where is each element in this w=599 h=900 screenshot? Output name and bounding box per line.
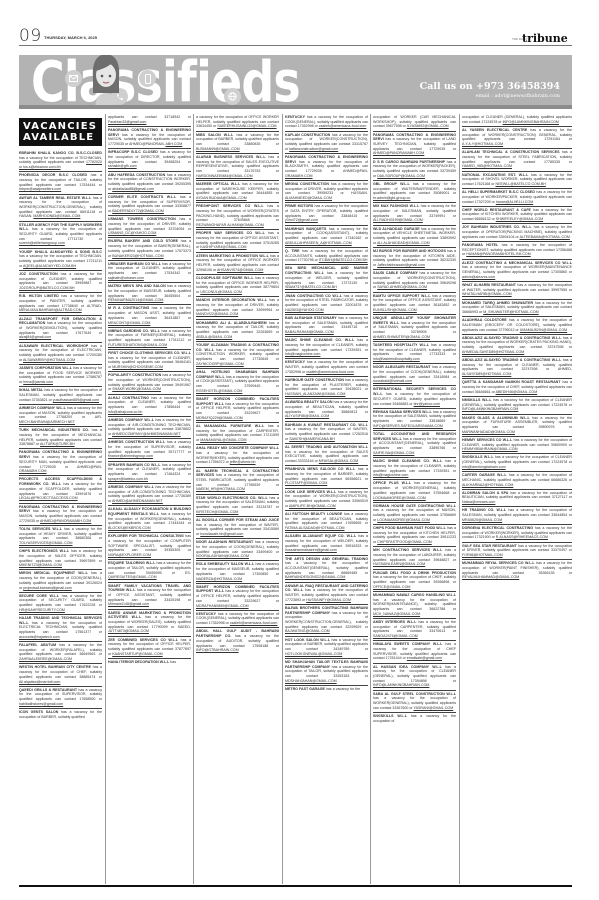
classified-ad: PRABHUVA MENS SALOON CO W.L.L has a vaca…	[285, 466, 368, 488]
classified-ad: AL SEERIT TRADING AND AUTOMATION W.L.L h…	[285, 444, 368, 466]
ad-company-name: Al Boosla Corner for Steam and Juice	[196, 518, 279, 522]
ad-contact-link[interactable]: BAJWATING@GMAIL.COM	[285, 629, 330, 633]
ad-contact-link[interactable]: sajlnath@urbaser.com	[108, 276, 144, 280]
ad-contact-link[interactable]: hr.admin@gbl-group.co	[373, 196, 410, 200]
ad-company-name: HEMMY SERVICES CO W.L.L	[462, 438, 512, 442]
ad-contact-link[interactable]: MARHOON83@GMAIL.COM	[33, 214, 80, 218]
classified-ad: Nibras Gardens Co. W.L.L has a vacancy f…	[108, 328, 191, 350]
ad-contact-link[interactable]: Farahtan33@gmail.com	[108, 120, 146, 124]
ad-contact-link[interactable]: info@tashteedhospitality.com	[373, 357, 420, 361]
ad-contact-link[interactable]: HR@SAHRSECURITY.COM	[19, 608, 65, 612]
ad-contact-link[interactable]: MURSHIN@CHOOSEME.COM	[112, 365, 163, 369]
advertising-email[interactable]: email : advt@newsofbahrain.com	[476, 93, 560, 99]
ad-company-name: MIBS SALON W.L.L	[196, 133, 233, 137]
ad-company-name: FRESHPOINT SERVICES CO W.L.L	[196, 204, 264, 208]
ad-contact-link[interactable]: ALMAHMEED@GMAIL.COM	[285, 196, 332, 200]
ad-contact-link[interactable]: Ali.alqattan@marriott.com	[19, 680, 60, 684]
ad-contact-link[interactable]: Jaffechsbhussain@gmail.com	[377, 263, 425, 267]
classified-ad: NOOR ALADHAIN RESTAURANT has a vacancy f…	[196, 539, 279, 561]
ad-company-name: DORGENA ELECTRICAL CONTRACTING	[462, 526, 533, 530]
classified-ad: ALHAJ CONTRACTING has a vacancy for the …	[108, 395, 191, 417]
ad-contact-link[interactable]: ZAYNICOGRP@GMAIL.COM	[196, 362, 244, 366]
ad-contact-link[interactable]: ALITURK@TURK.BH	[40, 442, 75, 446]
ad-contact-link[interactable]: HUMAN@PANORAMAHOTEL.BH.COM	[466, 252, 530, 256]
ad-contact-link[interactable]: BADERFADLY72@GMAIL.COM	[112, 209, 164, 213]
ad-contact-link[interactable]: INFO@LAMNKINGBAHRAIN.COM	[503, 120, 559, 124]
ad-contact-link[interactable]: JUTT4873@GMAIL.COM	[108, 629, 149, 633]
ad-contact-link[interactable]: OFFICE@GMAIL.COM	[373, 585, 410, 589]
ad-company-name: megna construction	[285, 182, 329, 186]
ad-contact-link[interactable]: LEGAL@PROJECTSACCESS.COM	[19, 496, 78, 500]
classified-ad: Q. TIRE has a vacancy for the occupation…	[285, 248, 368, 266]
ad-company-name: MAGIC SHINE CLEANING CO. W.L.L	[285, 338, 354, 342]
classified-ad: ALADHRAA COLDSTORE has a vacancy for the…	[462, 317, 572, 335]
ad-contact-link[interactable]: FOR86@HOTMAIL.COM	[462, 553, 503, 557]
ad-contact-link[interactable]: ITCBAH@BATELCO.COM.BH	[319, 258, 368, 262]
ad-column-5: occupation of WORKER (CAR MECHANICAL WOR…	[373, 114, 456, 725]
ad-contact-link[interactable]: ORAMABH.COM	[285, 174, 313, 178]
ad-contact-link[interactable]: hrma@jasmis.com	[23, 380, 53, 384]
ad-contact-link[interactable]: BLOCKS@EKBROS.COM	[108, 526, 151, 530]
classified-ad: METRO FAST GARAGE has a vacancy for the	[285, 686, 368, 693]
ad-company-name: INFRACORP B.S.C Closed	[108, 150, 158, 154]
classified-ad: Al Boosla Corner for Steam and Juice has…	[196, 517, 279, 539]
ad-company-name: MIX MAX FASHIONS W.L.L	[373, 204, 419, 208]
ad-contact-link[interactable]: ALIKHARBAZ@HOTMAIL.COM	[462, 483, 513, 487]
classified-ad: MAEREB OPTICAL W.L.L has a vacancy for t…	[196, 181, 279, 203]
ad-contact-link[interactable]: SAYAD.AHMED@GMAIL.COM	[377, 285, 427, 289]
ad-contact-link[interactable]: INFO@LAMNKINGBAHRAIN.COM	[462, 407, 518, 411]
ad-contact-link[interactable]: Mirmant4148@gmail.com	[108, 602, 149, 606]
classified-ad: SABA AL GULF STEEL CONSTRUCTION W.L.L ha…	[373, 691, 456, 713]
ad-company-name: SECURE CORE W.L.L	[19, 594, 59, 598]
ad-company-name: CORNER ELITE CONTRACTS W.L.L	[108, 195, 176, 199]
ad-contact-link[interactable]: MARWANHADAD@GMAIL.COM	[462, 430, 515, 434]
ad-contact-link[interactable]: suresh@stillertamgroup.com	[19, 241, 65, 245]
ad-contact-link[interactable]: sshaikh@gfh.com	[108, 164, 137, 168]
classified-ad: ALSAWARI ELECTRICAL WORKSHOP has a vacan…	[19, 343, 102, 365]
ad-contact-link[interactable]: habibalihstores@gmail.com	[19, 702, 63, 706]
classified-ad: GBL GROUP W.L.L has a vacancy for the oc…	[373, 181, 456, 203]
ad-contact-link[interactable]: SAIFIE.BA@GMAIL.COM	[373, 451, 414, 455]
classified-ad: QAEEDI GRILLS & RESTAURANT has a vacancy…	[19, 687, 102, 709]
classified-ad: UNIQUE ABDULLATIF YOUSIF SHOWAITER SWEET…	[373, 315, 456, 342]
ad-body-text: has a vacancy for the	[326, 687, 360, 691]
ad-contact-link[interactable]: MRACONT@GMAIL.COM	[108, 321, 150, 325]
classified-ad: NMSKILLS W.L.L has a vacancy for the occ…	[462, 397, 572, 415]
ad-contact-link[interactable]: KIRSTECH@GMAIL.COM	[196, 510, 238, 514]
call-us-phone[interactable]: Call us on +973 36458394	[420, 81, 560, 92]
ad-contact-link[interactable]: MANDVI22@GMAIL.COM	[196, 312, 238, 316]
ad-company-name: KENTUCKY	[285, 115, 305, 119]
ad-contact-link[interactable]: INFO@SERVES.SAFEGUARDNAMA.COM	[373, 424, 443, 428]
ad-contact-link[interactable]: AHMED.SHWAITER@GMAIL.COM	[373, 335, 430, 339]
ad-company-name: GORMAN HOUSE GATE CONTRACTING W.L.L	[373, 504, 456, 508]
ad-body-text: has a vacancy for the occupation of SECU…	[19, 455, 102, 468]
ad-contact-link[interactable]: NEEWLL@BATELCO.COM.BH	[496, 182, 546, 186]
ad-company-name: TOLYA SERVICES W.L.L	[19, 527, 62, 531]
ad-contact-link[interactable]: AHMED@PANORAMABH.COM	[373, 151, 424, 155]
ad-company-name: ALWARDA BEAUTY SALON	[285, 400, 332, 404]
classified-ad: ALARAB BUSINESS SERVICES W.L.L has a vac…	[196, 154, 279, 181]
classified-ad: ALAHLAM TECHNICAL & CONSTRUCTION SERVICE…	[462, 149, 572, 171]
classified-ad: GULF SEA STAR RESTAURANT has a vacancy f…	[462, 543, 572, 561]
classified-ad: PUNJAB DELI FOOD & DRINK PRODUCTION has …	[373, 570, 456, 592]
ad-company-name: CARTER GARAGE W.L.L	[462, 473, 507, 477]
ad-contact-link[interactable]: SAKESH@AMERICANA.BH	[289, 437, 335, 441]
ad-contact-link[interactable]: ALI.RADHI3199@GMAIL.COM	[373, 218, 423, 222]
ad-contact-link[interactable]: SHWIFEELEY@GMAIL.COM	[496, 217, 543, 221]
classified-ad: R.B. HILTON LIMITED has a vacancy for th…	[19, 293, 102, 315]
classified-ad: TOLYA SERVICES W.L.L has a vacancy for t…	[19, 526, 102, 548]
classified-ad: CHIPS ELECTRONICS W.L.L has a vacancy fo…	[19, 548, 102, 570]
ad-contact-link[interactable]: Nalwa@omrans.com	[462, 500, 495, 504]
classified-ad: SNGSKILLS W.L.L has a vacancy for the oc…	[462, 454, 572, 472]
ad-company-name: ARMEDS COMPANY W.L.L	[108, 485, 154, 489]
ad-contact-link[interactable]: hrbpm@asiajewellers.com	[19, 187, 61, 191]
ad-company-name: ALAHLAM TECHNICAL & CONSTRUCTION SERVICE…	[462, 150, 560, 154]
classified-ad: MIX MAX FASHIONS W.L.L has a vacancy for…	[373, 203, 456, 225]
ad-company-name: POPULARITY CONSTRUCTION	[108, 373, 161, 377]
ad-contact-link[interactable]: A.Y.A.Y@HOTMAIL.COM	[462, 142, 503, 146]
classified-ad: MIRON MEDICAL EQUIPMENT W.L.L has a vaca…	[19, 570, 102, 592]
ad-contact-link[interactable]: UMAMAJ6294@GMAIL.COM	[520, 328, 567, 332]
ad-contact-link[interactable]: info@lamnkingbahrain.com	[462, 465, 506, 469]
ad-company-name: AHAL READY MIX CONCRETE COMPANY W.L.L	[196, 446, 279, 450]
ad-contact-link[interactable]: ALIYUSIF86@GMAIL.COM	[285, 414, 329, 418]
classified-ad: SECURE CORE W.L.L has a vacancy for the …	[19, 593, 102, 615]
classified-ad: MAKES GLASS & ALUMINIUM W.L.L has a vaca…	[462, 415, 572, 437]
classified-ad: PROPER WAY SERVICES CO W.L.L has a vacan…	[196, 230, 279, 252]
column-divider	[370, 114, 371, 884]
ad-contact-link[interactable]: csalieh@americana-food.com	[319, 124, 367, 128]
classified-ad: PANORAMA CONTRACTING & ENGINEERING SERVI…	[108, 127, 191, 149]
ad-company-name: GULF SEA STAR RESTAURANT	[462, 544, 517, 548]
ad-contact-link[interactable]: USMANS_DC@YAHOO.COM	[108, 231, 156, 235]
classified-ad: PANORAMA CONTRACTING & ENGINEERING SERVI…	[19, 449, 102, 476]
ad-contact-link[interactable]: jeffin@ahmix.bh	[230, 460, 256, 464]
ad-contact-link[interactable]: accounts@hajartech.com	[19, 635, 60, 639]
ad-contact-link[interactable]: DAILSGROUP@GMAIL.COM	[377, 174, 425, 178]
ad-contact-link[interactable]: y3m472@gmail.com	[285, 218, 318, 222]
classified-ad: JWAN CONTRACTING CO W.L.L has a vacancy …	[285, 293, 368, 315]
ad-company-name: HR Trading Co. W.L.L	[462, 508, 506, 512]
ad-contact-link[interactable]: REZWANGHAFAR.ALHAM@GMAIL.COM	[196, 223, 264, 227]
ad-contact-link[interactable]: ALSAYED89@HOTMAIL.COM	[462, 372, 511, 376]
ad-contact-link[interactable]: HUSSAINFY@GMAIL.COM	[306, 598, 351, 602]
classified-ad: ARMEDS COMPANY W.L.L has a vacancy for t…	[108, 484, 191, 506]
classified-ad: ENJERA BAKERY AND COLD STORE has a vacan…	[108, 238, 191, 260]
ad-contact-link[interactable]: BUSMAN99@GMAIL.COM	[196, 147, 240, 151]
ad-company-name: ALHAJ CONTRACTING	[108, 396, 149, 400]
classified-ad: JOZ CONSTRUCTION has a vacancy for the o…	[19, 271, 102, 293]
ad-body-text: has a vacancy for the occupation of BLAC…	[285, 160, 368, 173]
ad-contact-link[interactable]: ROSEHOTEL@GMAIL.COM	[196, 389, 242, 393]
ad-contact-link[interactable]: MDRAFIQ229@GMAIL.COM	[196, 416, 243, 420]
ad-contact-link[interactable]: AQEEL@ALMOAYYED.COM.BH	[23, 264, 76, 268]
ad-company-name: KENTUCKY	[285, 360, 305, 364]
ad-contact-link[interactable]: SANGA2476@GMAIL.COM	[373, 634, 418, 638]
ad-contact-link[interactable]: MDSHAHJAHAN@GMAIL.COM	[285, 679, 337, 683]
ad-contact-link[interactable]: R.ALNASS@RIHEEMACS.COM	[496, 535, 548, 539]
ad-body-text: has a vacancy for the occupation of LAND…	[373, 137, 456, 150]
classified-ad: HOT LOOK SALON W.L.L has a vacancy for t…	[285, 637, 368, 659]
classified-ad: HIMALAYA SWEETS COMPANY W.L.L has a vaca…	[373, 641, 456, 663]
ad-contact-link[interactable]: AHMED@PANORAMABH.COM	[40, 519, 91, 523]
ad-company-name: ALI Fattouh Beauty Lounge	[285, 512, 342, 516]
ad-contact-link[interactable]: MECH.BAHRAIN@AIRMECH.NET	[19, 420, 75, 424]
ad-body-text: has a vacancy for the occupation of CHEF…	[373, 575, 456, 584]
ad-contact-link[interactable]: noorabaid@hotmail.com	[373, 379, 412, 383]
classified-ad: JOY BAHRAIN INDUSTRIES CO. W.L.L has a v…	[462, 224, 572, 242]
ad-contact-link[interactable]: ABH.COM	[166, 142, 183, 146]
ad-contact-link[interactable]: AYDAN.BUDAIA@GMAIL.COM	[196, 196, 247, 200]
classified-ad: YOUSIF ALZAMAN TRADING & CONTRACTING CO.…	[196, 342, 279, 369]
classified-ad: PANORAMA CONTRACTING & ENGINEERING SERVI…	[19, 504, 102, 526]
ad-company-name: PANORAMA HOTEL	[462, 243, 498, 247]
classified-ad: NATIONAL EXCAVATING EST. W.L.L has a vac…	[462, 172, 572, 190]
footer-rule	[19, 885, 572, 887]
classified-ad: AL MANAMAYAL FURNITURE W.L.L has a vacan…	[196, 423, 279, 445]
ad-body-text: applicants can contact 33718942 or	[108, 115, 191, 119]
ad-contact-link[interactable]: TOLYASERVICES@GMAIL.COM	[19, 541, 73, 545]
ad-contact-link[interactable]: MDRAFHAN5859@GMAIL.COM	[196, 604, 249, 608]
ad-company-name: MAKES GLASS & ALUMINIUM W.L.L	[462, 416, 530, 420]
classified-ad: SEA BIRD MECHANICAL AND MARINE CONTRACTI…	[285, 265, 368, 292]
ad-contact-link[interactable]: PLCSTAFF@GMAIL.COM	[285, 481, 327, 485]
ad-contact-link[interactable]: bhr@yahoo.com	[414, 402, 440, 406]
ad-contact-link[interactable]: HUSSAINLEARN@GMAIL.COM	[373, 562, 425, 566]
classified-ad: M/H CONTRACTING SERVICES W.L.L has a vac…	[373, 547, 456, 569]
ad-contact-link[interactable]: YASRANI@GMAIL.COM	[414, 706, 454, 710]
classified-ad: CHIPS FOOD BAHRAIN FAST FOOD W.L.L has a…	[373, 525, 456, 547]
ad-contact-link[interactable]: LOOMAAMOREE@GMAIL.COM	[377, 518, 430, 522]
ad-company-name: Ikhal metal	[19, 388, 43, 392]
ad-contact-link[interactable]: INFO@LAMNKINGBAHRAIN.COM	[373, 683, 429, 687]
ad-contact-link[interactable]: hoosllacafe.bh@gmail.com	[200, 532, 243, 536]
ad-contact-link[interactable]: info@alhajcons.co.bh	[108, 410, 142, 414]
section-heading: VACANCIES AVAILABLE	[19, 118, 102, 146]
ad-contact-link[interactable]: NOORALADHAIN@GMAIL.COM	[196, 554, 249, 558]
ad-contact-link[interactable]: projectsa1bahrain@gmail.com	[23, 586, 72, 590]
ad-contact-link[interactable]: MIKENITZ3@GMAIL.COM	[19, 563, 62, 567]
ad-contact-link[interactable]: SAKEERHUSAINLI22@GMAIL.COM	[217, 124, 276, 128]
classified-ad: PROJECTS ACCESS SCAFFOLDING & FORMWORK C…	[19, 476, 102, 503]
ad-contact-link[interactable]: ALSAWARIBY@HOTMAIL.COM	[23, 358, 75, 362]
ad-contact-link[interactable]: BUNAKERI23@HOTMAIL.COM	[112, 254, 163, 258]
ad-company-name: HANA ITERIOR DECORATION W.L.L	[108, 660, 169, 664]
ad-company-name: ABDULAZIZ ALSAYED TRADING & CONTRACTING …	[462, 336, 561, 340]
ad-contact-link[interactable]: ILYAS8892@GMAIL.COM	[407, 124, 449, 128]
ad-company-name: KAFLAN CONSTRUCTION	[285, 133, 330, 137]
ad-contact-link[interactable]: AHSANVIS74@GMAIL.COM	[217, 268, 263, 272]
ad-contact-link[interactable]: MCH_NAWAZ@GMAIL.COM	[373, 612, 420, 616]
ad-contact-link[interactable]: RENUNARMA2014@GMAIL.COM	[108, 298, 163, 302]
ad-contact-link[interactable]: ABDUL@GMAIL.COM	[196, 335, 232, 339]
ad-contact-link[interactable]: abdalla4ad88@gmail.com	[112, 187, 154, 191]
ad-contact-link[interactable]: KASHIFYAR4@GMAIL.COM	[200, 245, 246, 249]
ad-contact-link[interactable]: alzaij84@gmail.com	[19, 335, 51, 339]
ad-company-name: ENJERA BAKERY AND COLD STORE	[108, 239, 178, 243]
classified-ad: FRESHPOINT SERVICES CO W.L.L has a vacan…	[196, 203, 279, 230]
ad-company-name: REHSAN SAANA SERVICES W.L.L	[373, 410, 432, 414]
classified-ad: Star World Electronics Co. W.L.L has a v…	[196, 495, 279, 517]
ad-contact-link[interactable]: ORAMABH.COM	[19, 469, 47, 473]
classified-ad: harbour gate construction has a vacancy …	[285, 377, 368, 399]
classified-ad: SNGSKILLS W.L.L has a vacancy for the oc…	[373, 713, 456, 725]
ad-contact-link[interactable]: AHMED@AHMEDNAMAN.NET	[112, 499, 163, 503]
classified-ad: TURK MECHANICAL INDUSTRIES CO. has a vac…	[19, 427, 102, 449]
ad-company-name: SNGSKILLS W.L.L	[373, 714, 407, 718]
ad-company-name: MATRIX MEN'S SPA AND SALON	[108, 284, 166, 288]
ad-contact-link[interactable]: CHIPSFASTFOOD@GMAIL.COM	[377, 540, 432, 544]
ad-contact-link[interactable]: finance@ahmedsgroup.com	[108, 454, 153, 458]
ad-contact-link[interactable]: NAEEM_HR@HOTMAIL.COM	[196, 487, 245, 491]
ad-contact-link[interactable]: csalieh@americana-food.com	[306, 370, 354, 374]
ad-contact-link[interactable]: BAHRAINDESIGNS22@GMAIL.COM	[285, 575, 345, 579]
ad-contact-link[interactable]: hussainsemalsaeen@gmail.com	[285, 548, 337, 552]
ad-contact-link[interactable]: HA2503@YAHOO.COM	[285, 308, 324, 312]
ad-contact-link[interactable]: SBAM737@BATELCO.COM.BH	[285, 285, 337, 289]
ad-contact-link[interactable]: emailsale@gmail.com	[407, 656, 442, 660]
classified-ad: QUETTA & KANDAHAR NAMKIN ROAST RESTAURAN…	[462, 379, 572, 397]
ad-contact-link[interactable]: MANAMAYAL@GMAIL.COM	[200, 438, 246, 442]
ad-contact-link[interactable]: AMIRLIFE.BH@GMAIL.COM	[289, 504, 336, 508]
ad-contact-link[interactable]: QUIRESUITES@GMAIL.COM	[108, 575, 157, 579]
classified-ad: ALZAIJ TRANSPORT FOR DEMOLITION & RECLAM…	[19, 316, 102, 343]
ad-contact-link[interactable]: HAMED_985@HOTMAIL.COM	[462, 164, 512, 168]
ad-contact-link[interactable]: hanan@ALHELLI.COM	[496, 200, 533, 204]
ad-contact-link[interactable]: MENA.MAILBAHRAIN@ALTRAD.COM	[19, 308, 82, 312]
ad-company-name: AL HASSAN IDEA COMPANY W.L.L	[373, 665, 442, 669]
ad-contact-link[interactable]: LOOMAAMOREE@GMAIL.COM	[373, 496, 426, 500]
classified-ad: KENTUCKY has a vacancy for the occupatio…	[285, 114, 368, 132]
ad-company-name: TURK MECHANICAL INDUSTRIES CO.	[19, 428, 89, 432]
ad-contact-link[interactable]: WHATALHARBI@GMAIL.COM	[462, 292, 512, 296]
ad-company-name: icon gents salon	[19, 710, 58, 714]
ad-contact-link[interactable]: FATIMA.ALSADAD@HOTMAIL.COM	[285, 526, 345, 530]
classified-ad: MAHMHAN BANQUETS has a vacancy for the o…	[285, 226, 368, 248]
ad-company-name: WHAT ALHARBI RESTAURANT	[462, 283, 516, 287]
ad-company-name: M R A CONTRACTING	[108, 306, 149, 310]
ad-contact-link[interactable]: SHAKR.WORK@GMAIL.COM	[112, 387, 161, 391]
ad-company-name: ATEEN MARKETING & PROMOTION W.L.L	[196, 254, 269, 258]
header-rule-right	[271, 45, 572, 46]
classified-ad: MATRIX MEN'S SPA AND SALON has a vacancy…	[108, 283, 191, 305]
ad-contact-link[interactable]: csalieh@americana-food.com	[230, 621, 278, 625]
ad-company-name: harbour gate construction	[285, 378, 344, 382]
ad-contact-link[interactable]: ABDULLAHPASEEN_A@HOTMAIL.COM	[285, 241, 352, 245]
ad-contact-link[interactable]: sprayer@batelco.com.bh	[108, 477, 148, 481]
classified-ad: PRIME MOTORS has a vacancy for the occup…	[285, 203, 368, 225]
ad-contact-link[interactable]: ALTEEBAMA@HOTMAIL.COM	[520, 235, 570, 239]
classified-ad: INTERNATIONAL SECURITY SERVICES CO W.L.L…	[373, 386, 456, 408]
ad-company-name: MJ BURGS FOR BURGER AND HOTDOGS	[373, 249, 446, 253]
ad-contact-link[interactable]: ZAHRAALEKREE@GMAIL.COM	[19, 657, 72, 661]
classified-ad: ALSAIEN ALJANANIT EQUIP CO. W.L.L has a …	[285, 533, 368, 555]
classified-ad: FALAFEEL ABUTUM has a vacancy for the oc…	[19, 642, 102, 664]
ad-contact-link[interactable]: REYALMUHAMMAD@GMAIL.COM	[462, 575, 519, 579]
ad-contact-link[interactable]: HOTLOOKGNEWAL@GMAIL.COM	[285, 652, 342, 656]
classified-ad: ALKAAL ALDAULY ECOKANATION & BUILDING EQ…	[108, 506, 191, 533]
ad-company-name: MAHMHAN BANQUETS	[285, 227, 326, 231]
classified-ad: CHEF WORLD RESTAURANT & CAFE has a vacan…	[462, 207, 572, 225]
classified-ad: Al Helli Supermarket B.S.C Closed has a …	[462, 189, 572, 207]
classified-ad: MOHAMED TAREQ AHMED SHUWAITER has a vaca…	[462, 300, 572, 318]
ad-company-name: METRO FAST GARAGE	[285, 687, 325, 691]
classified-ad: SMART HORIZON COMBINED FACILITIES SUPPOR…	[196, 584, 279, 611]
ad-company-name: M/H CONTRACTING SERVICES W.L.L	[373, 548, 442, 552]
ad-contact-link[interactable]: NADERZA@HOTMAIL.COM	[196, 577, 242, 581]
column-divider	[459, 114, 460, 884]
ad-company-name: TASHTEED HOSPITALITY W.L.L	[373, 343, 429, 347]
ad-contact-link[interactable]: NORA@EXPLORER.COM	[108, 553, 151, 557]
ad-contact-link[interactable]: USCONUL@GMAIL.COM	[200, 290, 242, 294]
ad-contact-link[interactable]: AHMEDCOMPANY@AHMEDNAMAN.NET	[112, 432, 181, 436]
ad-contact-link[interactable]: ALI.ALAHADDAD@GMAIL.COM	[377, 241, 430, 245]
classified-ad: PANORAMA HOTEL has a vacancy for the occ…	[462, 242, 572, 260]
classified-ad: KENTUCKY has a vacancy for the occupatio…	[196, 611, 279, 629]
classified-ad: GORMAN HOUSE GATE CONTRACTING W.L.L has …	[373, 503, 456, 525]
brand-name: tribune	[522, 32, 568, 45]
brand-prefix: THE DAILY	[512, 38, 522, 41]
ad-contact-link[interactable]: KAANSTARTUP@GMAIL.COM	[112, 652, 162, 656]
ad-company-name: ABU HAFEEDA CONSTRUCTION	[108, 173, 165, 177]
ad-contact-link[interactable]: MRA5625@GMAIL.COM	[462, 518, 502, 522]
classified-ad: KAFLAN CONSTRUCTION has a vacancy for th…	[285, 132, 368, 154]
classified-ad: ANWAR AL RIAQ RESTAURANT AND CATERING CO…	[285, 583, 368, 605]
ad-company-name: R.B. HILTON LIMITED	[19, 294, 59, 298]
classified-ad: icon gents salon has a vacancy for the o…	[19, 709, 102, 721]
ad-company-name: ALARAB BUSINESS SERVICES W.L.L	[196, 155, 266, 159]
ad-contact-link[interactable]: kaflanconstruction@gmail.com	[289, 147, 338, 151]
classified-ad: ABDULAZIZ ALSAYED TRADING & CONTRACTING …	[462, 357, 572, 379]
ad-contact-link[interactable]: admin@alezzcs.com	[462, 275, 495, 279]
header-rule	[19, 45, 271, 46]
ad-contact-link[interactable]: EUNSLUSH@GMAIL.COM	[373, 308, 417, 312]
ad-company-name: Q. TIRE	[285, 249, 300, 253]
ad-contact-link[interactable]: HEMMY8BAHRAIN@GMAIL.COM	[462, 447, 518, 451]
ad-contact-link[interactable]: HUSSAIN_ALANZAWI@GMAIL.COM	[285, 392, 345, 396]
ad-contact-link[interactable]: INFO@GTBAHRAIN.COM	[196, 648, 239, 652]
ad-company-name: HIMALAYA SWEETS COMPANY W.L.L	[373, 642, 443, 646]
brand-logo: THE DAILYtribune	[512, 32, 568, 45]
ad-contact-link[interactable]: BABALRAHAM@GMAIL.COM	[285, 330, 334, 334]
ad-company-name: ESQUIRE TAILORING W.L.L	[108, 561, 155, 565]
ad-company-name: HOT LOOK SALON W.L.L	[285, 638, 330, 642]
ad-contact-link[interactable]: info@magicshine.com	[373, 473, 408, 477]
classified-ad: ABDULAZIZ ALSAYED TRADING & CONTRACTING …	[462, 335, 572, 357]
ad-contact-link[interactable]: ABEDIH46@GMAIL.COM	[496, 390, 538, 394]
ad-company-name: PRABHUVA MENS SALOON CO W.L.L	[285, 467, 355, 471]
classified-ad: JASMI'S CORPORATION W.L.L has a vacancy …	[19, 365, 102, 387]
ad-contact-link[interactable]: JOZGROUP@BATELCO.COM.BH	[19, 286, 75, 290]
ad-contact-link[interactable]: yusufhassan889@gmail.com	[53, 398, 99, 402]
classified-ad: megna construction has a vacancy for the…	[285, 181, 368, 203]
ad-contact-link[interactable]: MFAISAL@GMAIL.COM	[319, 459, 358, 463]
mail-icon	[65, 70, 82, 87]
ad-contact-link[interactable]: info@magicshine.com	[285, 352, 320, 356]
ad-contact-link[interactable]: FUTURED3HATIONS@GMAIL.COM	[108, 343, 167, 347]
ad-company-name: AL YASEEN ELECTRICAL CENTRE	[462, 128, 527, 132]
classified-ad: M R A CONTRACTING has a vacancy for the …	[108, 305, 191, 327]
ad-contact-link[interactable]: M_SHUWAITER@HOTMAIL.COM	[483, 310, 538, 314]
ad-contact-link[interactable]: AHMEDALSAYED89@HOTMAIL.COM	[462, 350, 524, 354]
classified-ad: PANORAMA CONTRACTING & ENGINEERING SERVI…	[373, 132, 456, 159]
ad-company-name: AIRMECH COMPANY W.L.L	[19, 406, 66, 410]
classified-ad: ALI Fattouh Beauty Lounge has a vacancy …	[285, 511, 368, 533]
ad-contact-link[interactable]: HARDONNAEEM84@GMAIL.COM	[196, 174, 253, 178]
